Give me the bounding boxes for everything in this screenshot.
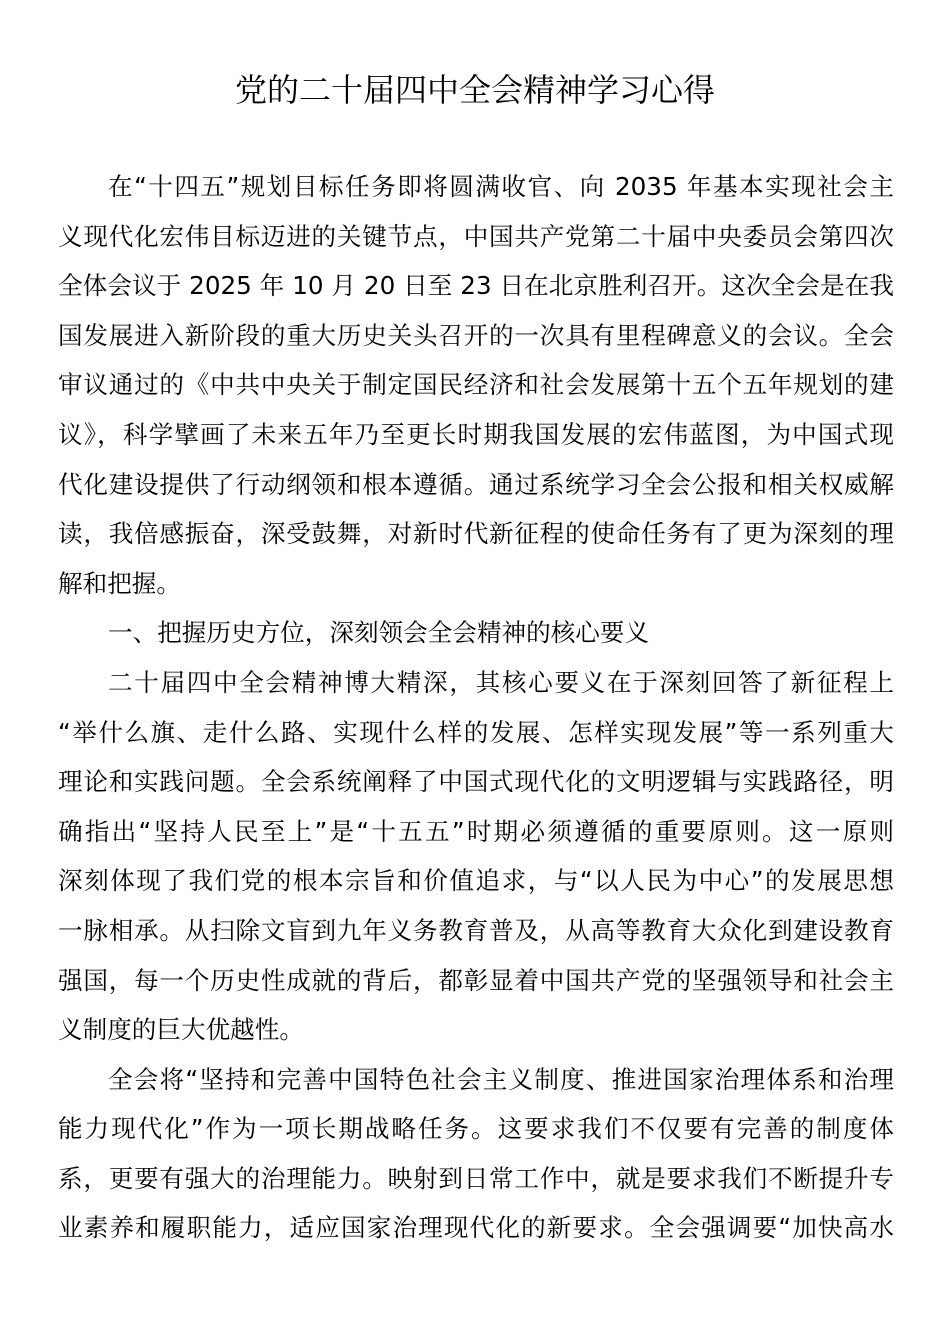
text-line: 系，更要有强大的治理能力。映射到日常工作中，就是要求我们不断提升专 xyxy=(58,1154,894,1204)
text-line: 义现代化宏伟目标迈进的关键节点，中国共产党第二十届中央委员会第四次 xyxy=(58,212,894,262)
text-line: 代化建设提供了行动纲领和根本遵循。通过系统学习全会公报和相关权威解 xyxy=(58,460,894,510)
text-line: “举什么旗、走什么路、实现什么样的发展、怎样实现发展”等一系列重大 xyxy=(58,708,894,758)
text-line: 全体会议于 2025 年 10 月 20 日至 23 日在北京胜利召开。这次全会… xyxy=(58,261,894,311)
text-line: 一脉相承。从扫除文盲到九年义务教育普及，从高等教育大众化到建设教育 xyxy=(58,906,894,956)
text-line: 二十届四中全会精神博大精深，其核心要义在于深刻回答了新征程上 xyxy=(58,658,894,708)
section-heading: 一、把握历史方位，深刻领会全会精神的核心要义 xyxy=(58,608,894,658)
text-line: 在“十四五”规划目标任务即将圆满收官、向 2035 年基本实现社会主 xyxy=(58,162,894,212)
text-line: 深刻体现了我们党的根本宗旨和价值追求，与“以人民为中心”的发展思想 xyxy=(58,856,894,906)
text-line: 理论和实践问题。全会系统阐释了中国式现代化的文明逻辑与实践路径，明 xyxy=(58,757,894,807)
text-line: 确指出“坚持人民至上”是“十五五”时期必须遵循的重要原则。这一原则 xyxy=(58,807,894,857)
text-line: 审议通过的《中共中央关于制定国民经济和社会发展第十五个五年规划的建 xyxy=(58,360,894,410)
text-line: 能力现代化”作为一项长期战略任务。这要求我们不仅要有完善的制度体 xyxy=(58,1104,894,1154)
text-line: 读，我倍感振奋，深受鼓舞，对新时代新征程的使命任务有了更为深刻的理 xyxy=(58,509,894,559)
text-line: 业素养和履职能力，适应国家治理现代化的新要求。全会强调要“加快高水 xyxy=(58,1203,894,1253)
document-body: 在“十四五”规划目标任务即将圆满收官、向 2035 年基本实现社会主 义现代化宏… xyxy=(58,162,894,1253)
text-line: 义制度的巨大优越性。 xyxy=(58,1005,894,1055)
text-line: 议》，科学擘画了未来五年乃至更长时期我国发展的宏伟蓝图，为中国式现 xyxy=(58,410,894,460)
text-line: 解和把握。 xyxy=(58,559,894,609)
text-line: 国发展进入新阶段的重大历史关头召开的一次具有里程碑意义的会议。全会 xyxy=(58,311,894,361)
document-page: 党的二十届四中全会精神学习心得 在“十四五”规划目标任务即将圆满收官、向 203… xyxy=(0,0,950,1344)
text-line: 强国，每一个历史性成就的背后，都彰显着中国共产党的坚强领导和社会主 xyxy=(58,956,894,1006)
text-line: 全会将“坚持和完善中国特色社会主义制度、推进国家治理体系和治理 xyxy=(58,1055,894,1105)
document-title: 党的二十届四中全会精神学习心得 xyxy=(0,68,950,112)
